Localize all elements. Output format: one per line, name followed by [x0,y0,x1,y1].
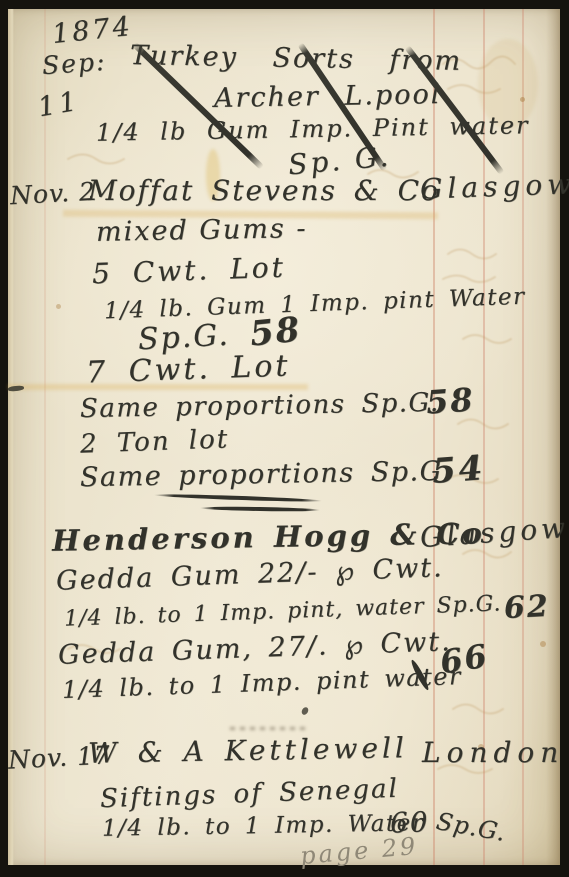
entry3-item1-sp-value: 62 [503,592,550,624]
entry2-firm: Moffat Stevens & Co [88,177,440,205]
entry2-lot3-result: Same proportions Sp.G. [80,458,452,491]
entry1-month: Sep: [41,49,107,78]
entry2-lot2: 7 Cwt. Lot [86,351,291,388]
paper-sheet: 1874 Sep: Turkey Sorts from 11 Archer L.… [8,9,560,865]
entry2-lot1: 5 Cwt. Lot [92,254,287,289]
entry1-day: 11 [36,88,82,122]
entry2-lot3: 2 Ton lot [80,426,230,457]
entry2-subject: mixed Gums - [96,215,308,246]
entry2-lot3-sp-value: 54 [431,451,487,489]
ledger-page-scan: 1874 Sep: Turkey Sorts from 11 Archer L.… [0,0,569,877]
entry2-lot2-result: Same proportions Sp.G. [80,390,440,422]
entry4-firm: W & A Kettlewell [88,734,408,768]
entry2-lot1-sp-value: 58 [248,312,303,351]
entry2-lot2-sp-value: 58 [425,383,476,418]
entry4-city: London [422,739,564,767]
year-label: 1874 [51,13,134,48]
entry2-date: Nov. 2 [9,179,96,208]
entry2-city: Glasgow [420,170,569,203]
